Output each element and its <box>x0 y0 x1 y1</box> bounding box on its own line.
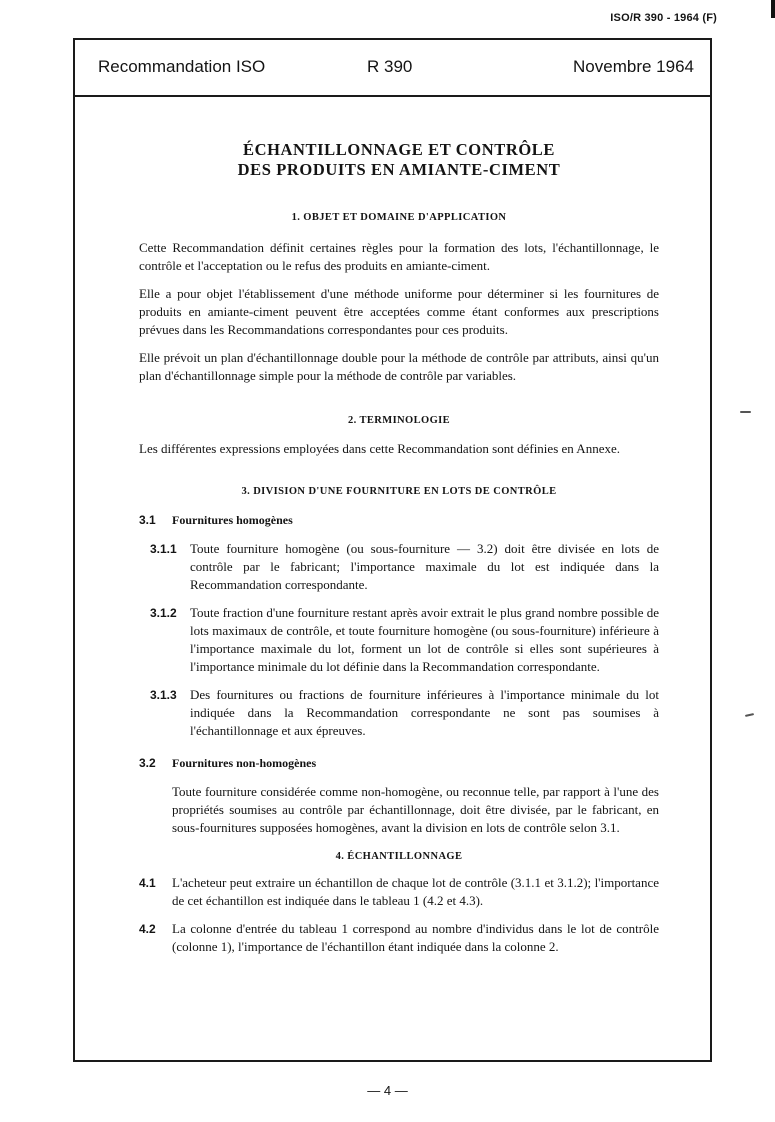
subsection-heading-3-2: 3.2 Fournitures non-homogènes <box>139 756 659 771</box>
document-reference: ISO/R 390 - 1964 (F) <box>610 12 717 24</box>
page-number: — 4 — <box>0 1083 775 1098</box>
header-standard-number: R 390 <box>367 57 412 77</box>
frame-header: Recommandation ISO R 390 Novembre 1964 <box>75 40 710 97</box>
section-heading-2: 2. TERMINOLOGIE <box>139 415 659 426</box>
paragraph: Elle a pour objet l'établissement d'une … <box>139 285 659 339</box>
clause-number: 3.1.2 <box>150 604 190 676</box>
document-title: ÉCHANTILLONNAGE ET CONTRÔLE DES PRODUITS… <box>139 140 659 180</box>
paragraph: Cette Recommandation définit certaines r… <box>139 239 659 275</box>
scan-edge-mark <box>771 0 775 18</box>
page-frame: Recommandation ISO R 390 Novembre 1964 É… <box>73 38 712 1062</box>
section-heading-1: 1. OBJET ET DOMAINE D'APPLICATION <box>139 212 659 223</box>
clause-3-1-2: 3.1.2 Toute fraction d'une fourniture re… <box>139 604 659 676</box>
subsection-heading-3-1: 3.1 Fournitures homogènes <box>139 513 659 528</box>
clause-4-2: 4.2 La colonne d'entrée du tableau 1 cor… <box>139 920 659 956</box>
clause-3-1-3: 3.1.3 Des fournitures ou fractions de fo… <box>139 686 659 740</box>
clause-text: Toute fraction d'une fourniture restant … <box>190 604 659 676</box>
section-heading-3: 3. DIVISION D'UNE FOURNITURE EN LOTS DE … <box>139 486 659 497</box>
header-date: Novembre 1964 <box>573 57 694 77</box>
section-heading-4: 4. ÉCHANTILLONNAGE <box>139 851 659 862</box>
margin-mark <box>740 411 751 413</box>
clause-text: L'acheteur peut extraire un échantillon … <box>172 874 659 910</box>
header-recommendation-label: Recommandation ISO <box>98 57 265 77</box>
paragraph: Les différentes expressions employées da… <box>139 440 659 458</box>
clause-3-1-1: 3.1.1 Toute fourniture homogène (ou sous… <box>139 540 659 594</box>
clause-number: 4.1 <box>139 874 172 910</box>
clause-number: 4.2 <box>139 920 172 956</box>
clause-text: Toute fourniture homogène (ou sous-fourn… <box>190 540 659 594</box>
title-line-1: ÉCHANTILLONNAGE ET CONTRÔLE <box>139 140 659 160</box>
clause-text: La colonne d'entrée du tableau 1 corresp… <box>172 920 659 956</box>
subsection-title: Fournitures homogènes <box>172 513 293 528</box>
clause-number: 3.1.3 <box>150 686 190 740</box>
subsection-title: Fournitures non-homogènes <box>172 756 316 771</box>
document-body: ÉCHANTILLONNAGE ET CONTRÔLE DES PRODUITS… <box>139 140 659 956</box>
subsection-number: 3.1 <box>139 513 172 528</box>
paragraph: Toute fourniture considérée comme non-ho… <box>139 783 659 837</box>
clause-4-1: 4.1 L'acheteur peut extraire un échantil… <box>139 874 659 910</box>
clause-text: Des fournitures ou fractions de fournitu… <box>190 686 659 740</box>
title-line-2: DES PRODUITS EN AMIANTE-CIMENT <box>139 160 659 180</box>
subsection-number: 3.2 <box>139 756 172 771</box>
margin-mark <box>745 713 754 717</box>
clause-number: 3.1.1 <box>150 540 190 594</box>
paragraph: Elle prévoit un plan d'échantillonnage d… <box>139 349 659 385</box>
